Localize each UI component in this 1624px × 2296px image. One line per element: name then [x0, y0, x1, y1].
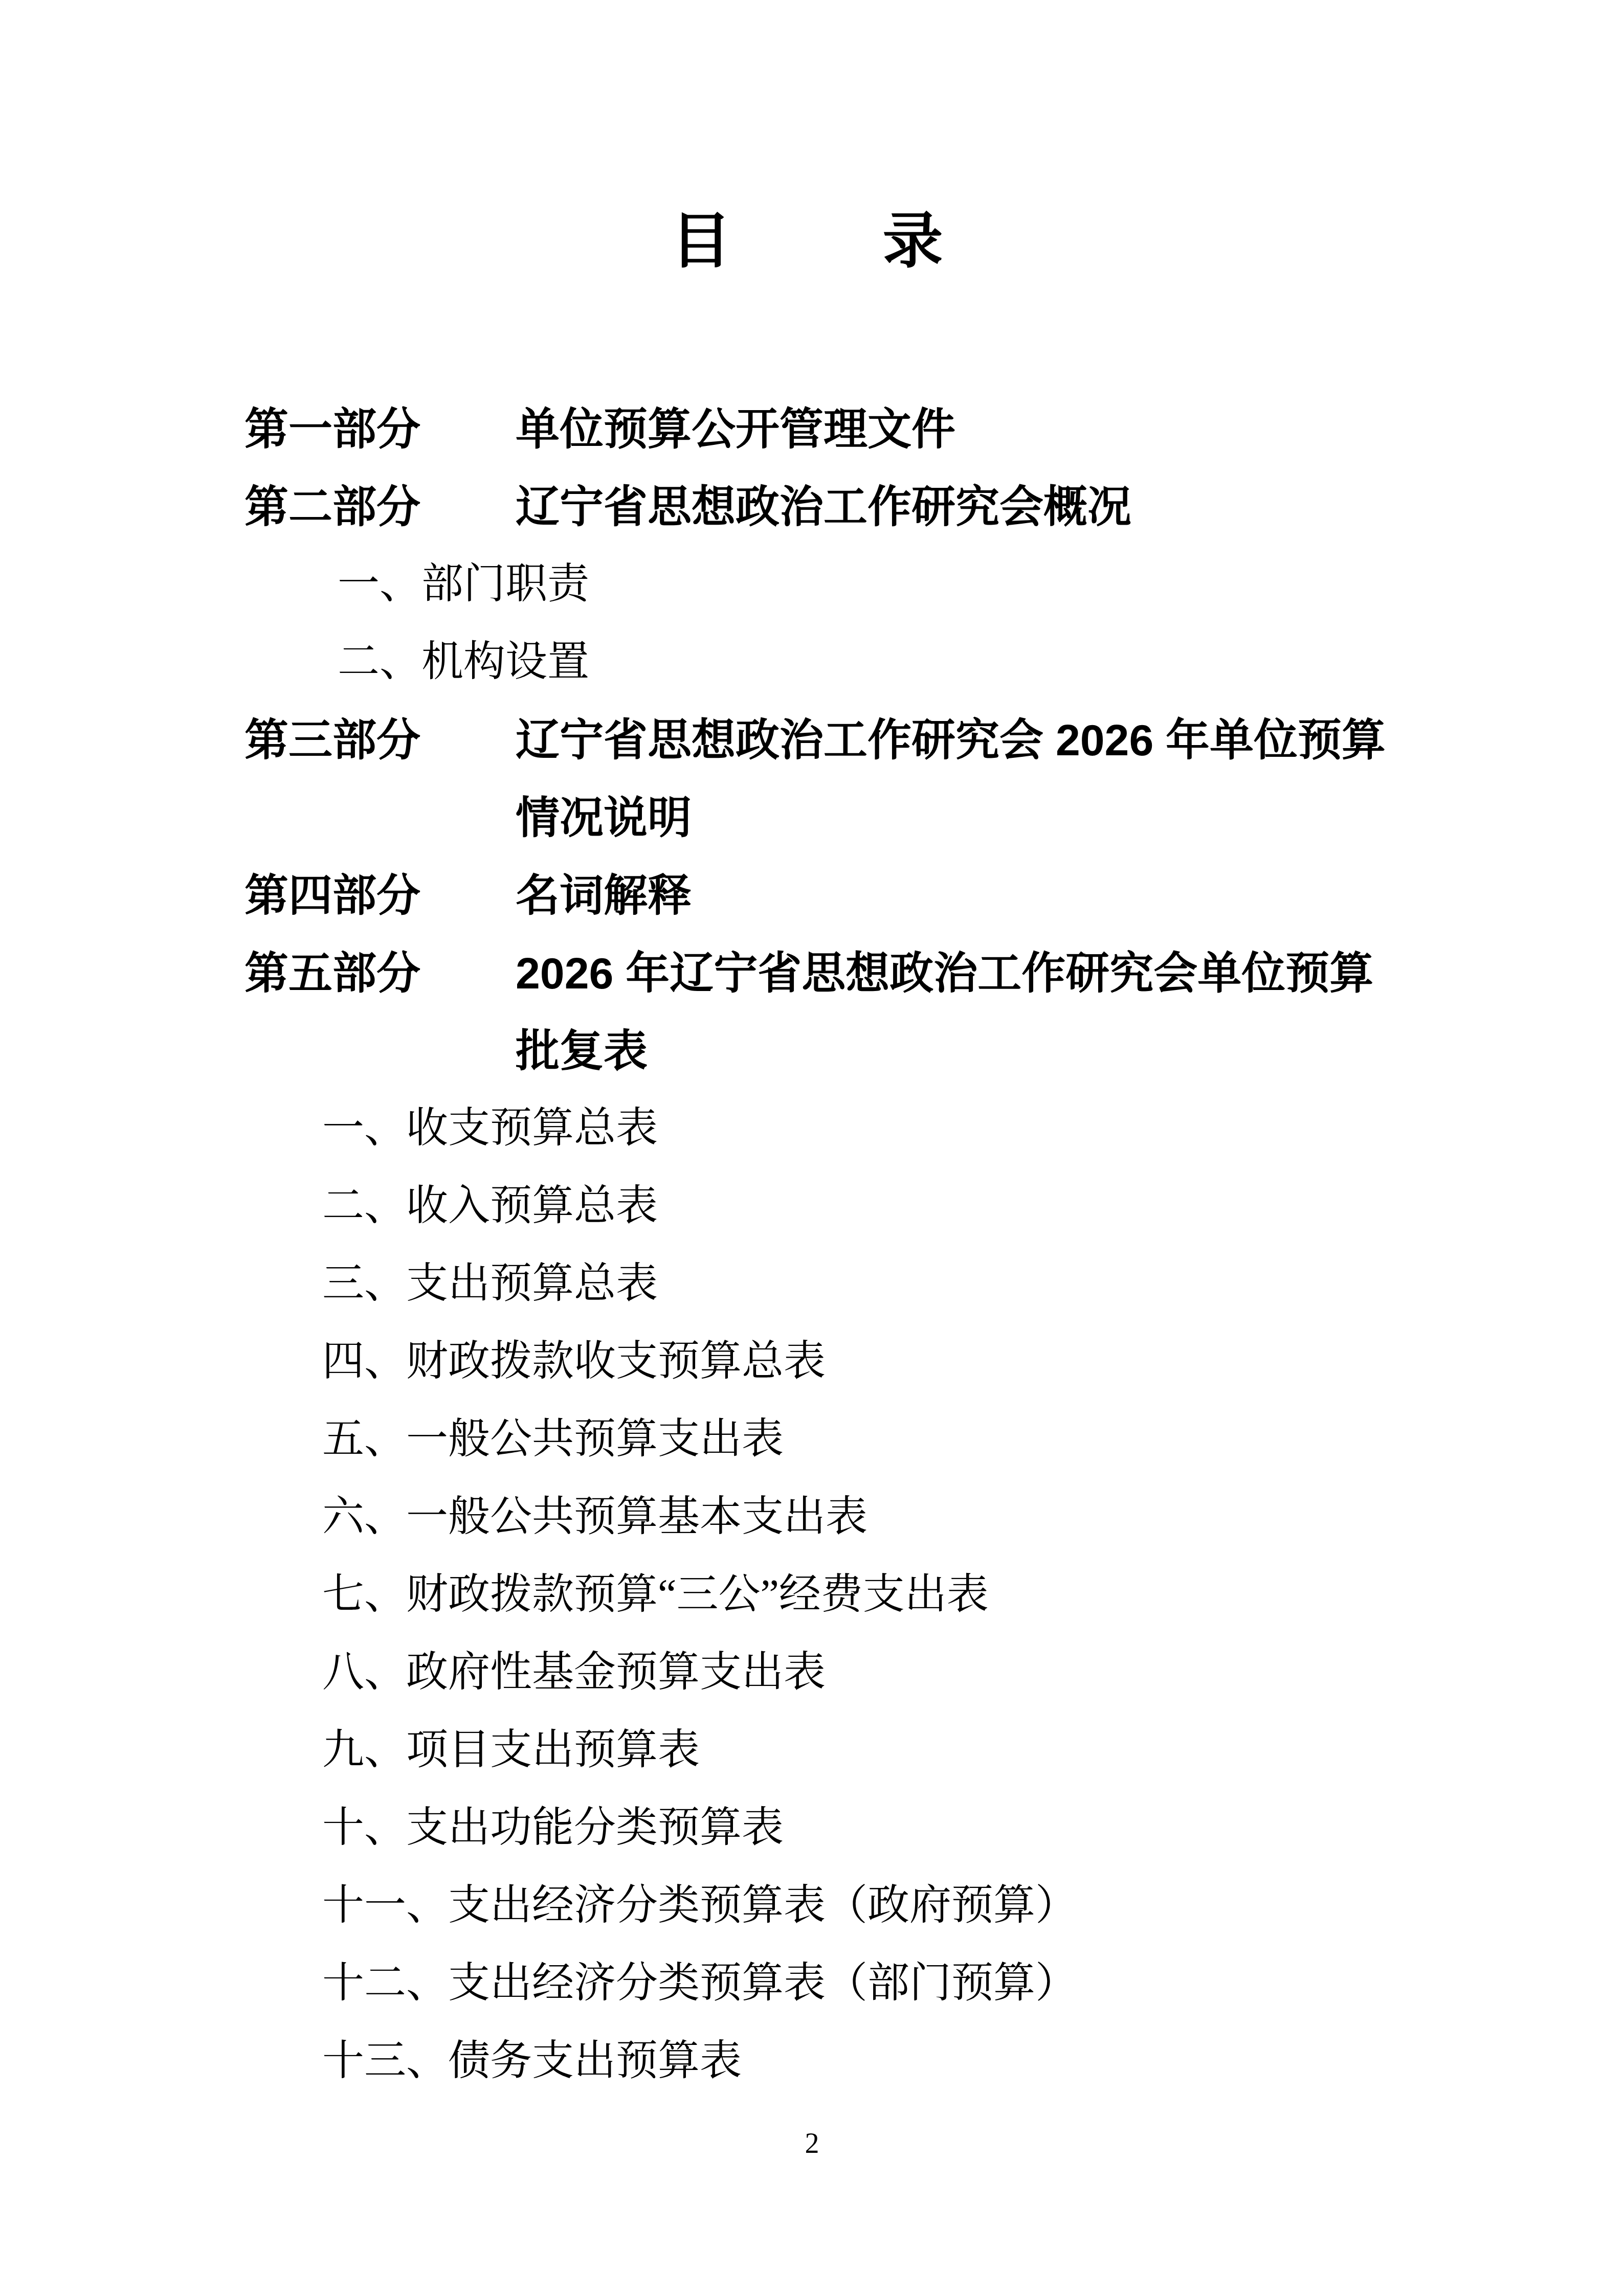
toc-part-title: 名词解释 [516, 871, 692, 920]
toc-item-line: 四、财政拨款收支预算总表 [0, 1338, 1624, 1415]
toc-part-number: 第五部分 [244, 949, 516, 998]
toc-part-number: 第二部分 [244, 483, 516, 532]
toc-part-line: 第五部分2026 年辽宁省思想政治工作研究会单位预算 [0, 949, 1624, 1027]
toc-part-number: 第三部分 [244, 716, 516, 765]
toc-part-line: 第三部分辽宁省思想政治工作研究会 2026 年单位预算 [0, 716, 1624, 794]
toc-part-line: 第一部分单位预算公开管理文件 [0, 405, 1624, 483]
toc-item-line: 十二、支出经济分类预算表（部门预算） [0, 1960, 1624, 2037]
toc-part-title: 单位预算公开管理文件 [516, 405, 955, 454]
toc-sub-line: 二、机构设置 [0, 638, 1624, 716]
toc-item-line: 七、财政拨款预算“三公”经费支出表 [0, 1571, 1624, 1649]
toc-page: 目 录 第一部分单位预算公开管理文件第二部分辽宁省思想政治工作研究会概况一、部门… [0, 0, 1624, 2296]
toc-part-number: 第四部分 [244, 871, 516, 920]
toc-part-title: 2026 年辽宁省思想政治工作研究会单位预算 [516, 949, 1373, 998]
toc-item-line: 十、支出功能分类预算表 [0, 1804, 1624, 1882]
page-title: 目 录 [0, 209, 1624, 275]
toc-list: 第一部分单位预算公开管理文件第二部分辽宁省思想政治工作研究会概况一、部门职责二、… [0, 405, 1624, 2115]
toc-item-line: 六、一般公共预算基本支出表 [0, 1493, 1624, 1571]
toc-part-number: 第一部分 [244, 405, 516, 454]
toc-item-line: 十一、支出经济分类预算表（政府预算） [0, 1882, 1624, 1960]
toc-part-line: 第二部分辽宁省思想政治工作研究会概况 [0, 483, 1624, 560]
toc-item-line: 八、政府性基金预算支出表 [0, 1649, 1624, 1726]
toc-cont-line: 批复表 [0, 1027, 1624, 1105]
toc-item-line: 十三、债务支出预算表 [0, 2037, 1624, 2115]
toc-item-line: 二、收入预算总表 [0, 1182, 1624, 1260]
toc-part-line: 第四部分名词解释 [0, 871, 1624, 949]
toc-part-title: 辽宁省思想政治工作研究会概况 [516, 483, 1131, 532]
toc-item-line: 五、一般公共预算支出表 [0, 1415, 1624, 1493]
toc-item-line: 三、支出预算总表 [0, 1260, 1624, 1338]
toc-item-line: 九、项目支出预算表 [0, 1726, 1624, 1804]
toc-cont-line: 情况说明 [0, 794, 1624, 871]
page-number: 2 [0, 2128, 1624, 2160]
toc-part-title: 辽宁省思想政治工作研究会 2026 年单位预算 [516, 716, 1386, 765]
toc-sub-line: 一、部门职责 [0, 560, 1624, 638]
toc-item-line: 一、收支预算总表 [0, 1105, 1624, 1182]
